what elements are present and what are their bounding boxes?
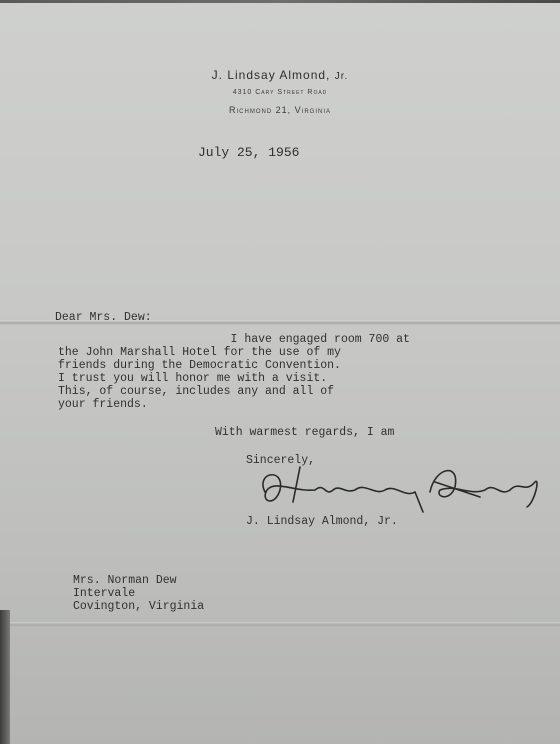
closing-line: With warmest regards, I am: [215, 426, 394, 439]
recipient-address: Mrs. Norman Dew Intervale Covington, Vir…: [73, 574, 204, 613]
letterhead-suffix: Jr.: [335, 71, 349, 82]
paper-fold: [0, 622, 560, 627]
signer-typed-name: J. Lindsay Almond, Jr.: [246, 515, 398, 528]
letterhead-street: 4310 Cary Street Road: [0, 89, 560, 96]
salutation: Dear Mrs. Dew:: [55, 311, 152, 324]
letter-body: I have engaged room 700 at the John Mars…: [58, 333, 410, 411]
letterhead-name-text: J. Lindsay Almond,: [212, 68, 331, 82]
paper-edge-shadow: [0, 610, 10, 744]
letterhead-city: Richmond 21, Virginia: [0, 105, 560, 115]
letterhead-name: J. Lindsay Almond, Jr.: [0, 68, 560, 82]
letter-date: July 25, 1956: [198, 146, 299, 159]
handwritten-signature: [255, 462, 555, 517]
